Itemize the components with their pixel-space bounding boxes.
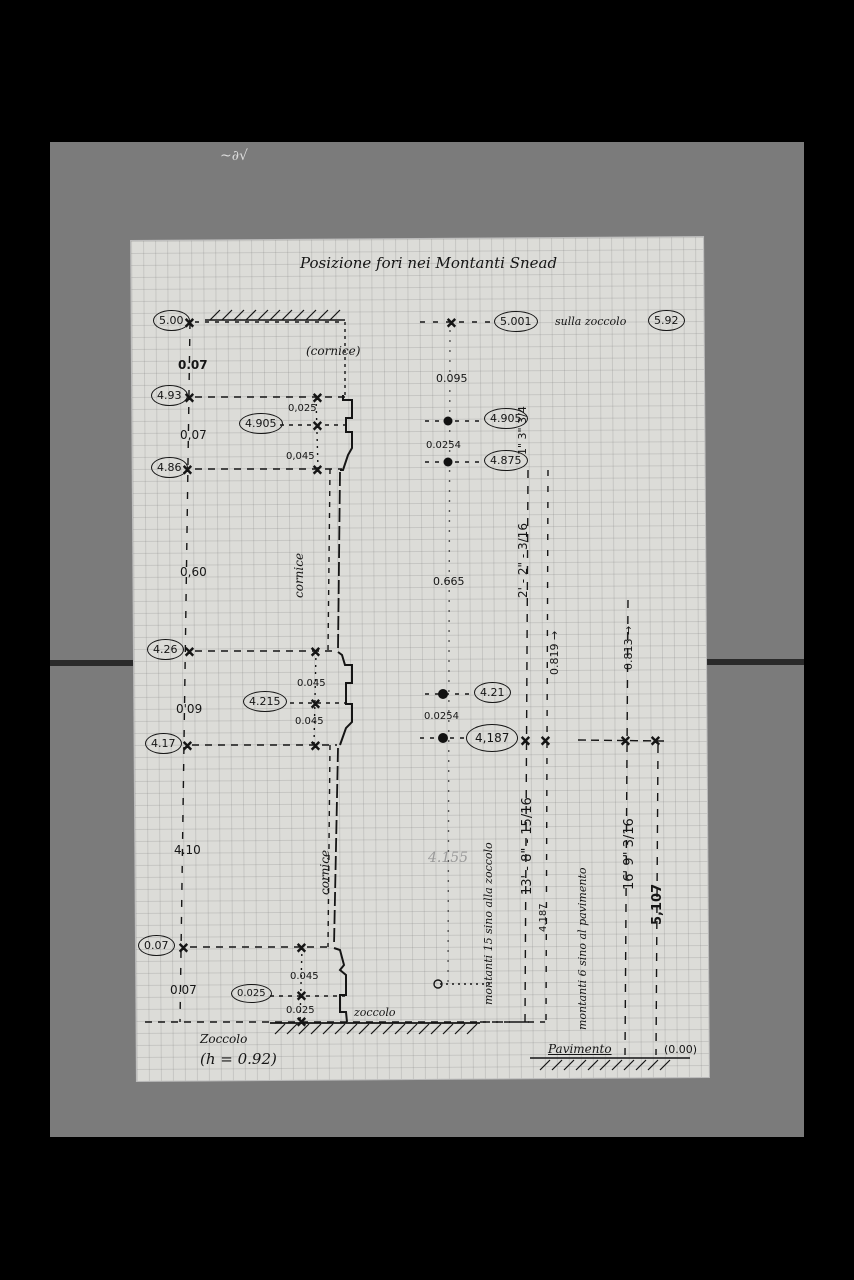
interval-5: 4.10 xyxy=(174,843,201,857)
imperial-lower-metric: 4.187 xyxy=(538,903,549,932)
inner-interval-1: 0,025 xyxy=(288,403,317,414)
dim-0-819: 0.819 → xyxy=(548,631,561,675)
inner-interval-3: 0.045 xyxy=(297,678,326,689)
imperial-lower: 13' - 8" - 15/16 xyxy=(520,797,535,895)
hole-top-level: 5.001 xyxy=(494,311,538,332)
level-4-26: 4.26 xyxy=(147,639,184,660)
note-montanti-6: montanti 6 sino al pavimento xyxy=(576,868,589,1030)
imperial-mid: 2' - 2" - 3/16 xyxy=(516,523,530,598)
level-4-86: 4.86 xyxy=(151,457,188,478)
level-4-17: 4.17 xyxy=(145,733,182,754)
hole-gap-1: 0.0254 xyxy=(426,440,461,451)
faint-pencil-value: 4.155 xyxy=(428,850,468,866)
note-montanti-15: montanti 15 sino alla zoccolo xyxy=(482,842,495,1005)
imperial-far-metric: 5,107 xyxy=(650,884,665,925)
hole-gap-top: 0.095 xyxy=(436,372,468,385)
hole-top-total: 5.92 xyxy=(648,310,685,331)
hole-middle: 0.665 xyxy=(433,575,465,588)
inner-interval-2: 0,045 xyxy=(286,451,315,462)
pavimento-label: Pavimento xyxy=(548,1042,612,1056)
level-0-025-inner: 0.025 xyxy=(231,984,272,1003)
interval-4: 0'09 xyxy=(176,702,202,716)
zoccolo-height: (h = 0.92) xyxy=(200,1050,277,1068)
imperial-top: 1" 3" 3/4 xyxy=(516,406,529,455)
level-4-905-inner: 4.905 xyxy=(239,413,283,434)
inner-interval-4: 0.045 xyxy=(295,716,324,727)
hole-4-21: 4.21 xyxy=(474,682,511,703)
interval-3: 0,60 xyxy=(180,565,207,579)
svg-text:×: × xyxy=(178,941,189,956)
cornice-label: (cornice) xyxy=(306,344,360,358)
hole-gap-2: 0.0254 xyxy=(424,711,459,722)
drawing-linework: ××× ××× ××× ××× ××× ××× ×× xyxy=(0,0,854,1280)
level-0-07: 0.07 xyxy=(138,935,175,956)
svg-text:×: × xyxy=(310,739,321,754)
svg-text:×: × xyxy=(312,463,323,478)
hole-top-note: sulla zoccolo xyxy=(555,315,626,328)
svg-text:×: × xyxy=(310,645,321,660)
svg-text:×: × xyxy=(296,941,307,956)
zoccolo-note: Zoccolo xyxy=(200,1032,247,1046)
svg-text:×: × xyxy=(520,734,531,749)
svg-text:×: × xyxy=(184,645,195,660)
zoccolo-label: zoccolo xyxy=(354,1006,396,1019)
imperial-far: 16' 9" 3/16 xyxy=(622,818,637,890)
inner-interval-5: 0.045 xyxy=(290,971,319,982)
zero-level: (0.00) xyxy=(664,1043,697,1056)
hole-4-187: 4,187 xyxy=(466,724,518,752)
svg-text:×: × xyxy=(296,989,307,1004)
svg-text:×: × xyxy=(620,734,631,749)
svg-text:×: × xyxy=(312,419,323,434)
document-title: Posizione fori nei Montanti Snead xyxy=(300,254,557,272)
level-4-93: 4.93 xyxy=(151,385,188,406)
svg-text:×: × xyxy=(310,697,321,712)
cornice-vertical-upper: cornice xyxy=(292,553,306,598)
svg-text:×: × xyxy=(296,1015,307,1030)
dim-0-813: 0.813 → xyxy=(622,626,635,670)
inner-interval-6: 0.025 xyxy=(286,1005,315,1016)
level-4-215-inner: 4.215 xyxy=(243,691,287,712)
svg-text:×: × xyxy=(650,734,661,749)
interval-top: 0.07 xyxy=(178,358,208,372)
interval-6: 0.07 xyxy=(170,983,197,997)
cornice-vertical-lower: cornice xyxy=(318,850,332,895)
interval-2: 0,07 xyxy=(180,428,207,442)
svg-text:×: × xyxy=(446,316,457,331)
svg-text:×: × xyxy=(182,739,193,754)
level-5-00: 5.00 xyxy=(153,310,190,331)
svg-text:×: × xyxy=(540,734,551,749)
